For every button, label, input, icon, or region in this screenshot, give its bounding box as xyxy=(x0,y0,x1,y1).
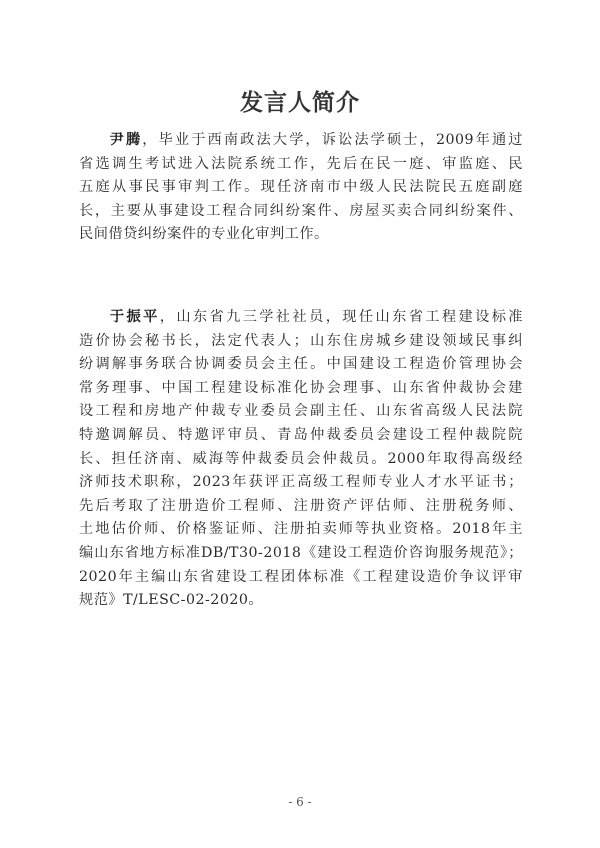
page-number: - 6 - xyxy=(0,795,600,809)
bio-text: ，毕业于西南政法大学，诉讼法学硕士，2009年通过 xyxy=(142,132,523,148)
bio-line: 造价协会秘书长，法定代表人；山东住房城乡建设领域民事纠 xyxy=(79,330,523,354)
bio-line: 先后考取了注册造价工程师、注册资产评估师、注册税务师、 xyxy=(79,495,523,519)
bio-line: 长、担任济南、威海等仲裁委员会仲裁员。2000年取得高级经 xyxy=(79,448,523,472)
bio-line: 于振平，山东省九三学社社员，现任山东省工程建设标准 xyxy=(79,306,523,330)
bio-text: ，山东省九三学社社员，现任山东省工程建设标准 xyxy=(160,309,523,325)
bio-line: 设工程和房地产仲裁专业委员会副主任、山东省高级人民法院 xyxy=(79,400,523,424)
speaker-name: 尹腾 xyxy=(108,132,142,148)
bio-line: 特邀调解员、特邀评审员、青岛仲裁委员会建设工程仲裁院院 xyxy=(79,424,523,448)
page-title: 发言人简介 xyxy=(0,84,600,117)
bio-line: 尹腾，毕业于西南政法大学，诉讼法学硕士，2009年通过 xyxy=(79,129,523,153)
bio-line: 规范》T/LESC-02-2020。 xyxy=(79,589,523,613)
bio-line: 编山东省地方标准DB/T30-2018《建设工程造价咨询服务规范》； xyxy=(79,542,523,566)
document-page: 发言人简介 尹腾，毕业于西南政法大学，诉讼法学硕士，2009年通过 省选调生考试… xyxy=(0,0,600,848)
speaker-bio-yu-zhenping: 于振平，山东省九三学社社员，现任山东省工程建设标准 造价协会秘书长，法定代表人；… xyxy=(79,306,523,613)
bio-line: 纷调解事务联合协调委员会主任。中国建设工程造价管理协会 xyxy=(79,353,523,377)
bio-line: 省选调生考试进入法院系统工作，先后在民一庭、审监庭、民 xyxy=(79,153,523,177)
bio-line: 土地估价师、价格鉴证师、注册拍卖师等执业资格。2018年主 xyxy=(79,518,523,542)
bio-line: 济师技术职称，2023年获评正高级工程师专业人才水平证书； xyxy=(79,471,523,495)
bio-line: 民间借贷纠纷案件的专业化审判工作。 xyxy=(79,223,523,247)
speaker-name: 于振平 xyxy=(108,309,160,325)
bio-line: 常务理事、中国工程建设标准化协会理事、山东省仲裁协会建 xyxy=(79,377,523,401)
bio-line: 长，主要从事建设工程合同纠纷案件、房屋买卖合同纠纷案件、 xyxy=(79,200,523,224)
bio-line: 五庭从事民事审判工作。现任济南市中级人民法院民五庭副庭 xyxy=(79,176,523,200)
speaker-bio-yin-teng: 尹腾，毕业于西南政法大学，诉讼法学硕士，2009年通过 省选调生考试进入法院系统… xyxy=(79,129,523,247)
bio-line: 2020年主编山东省建设工程团体标准《工程建设造价争议评审 xyxy=(79,566,523,590)
